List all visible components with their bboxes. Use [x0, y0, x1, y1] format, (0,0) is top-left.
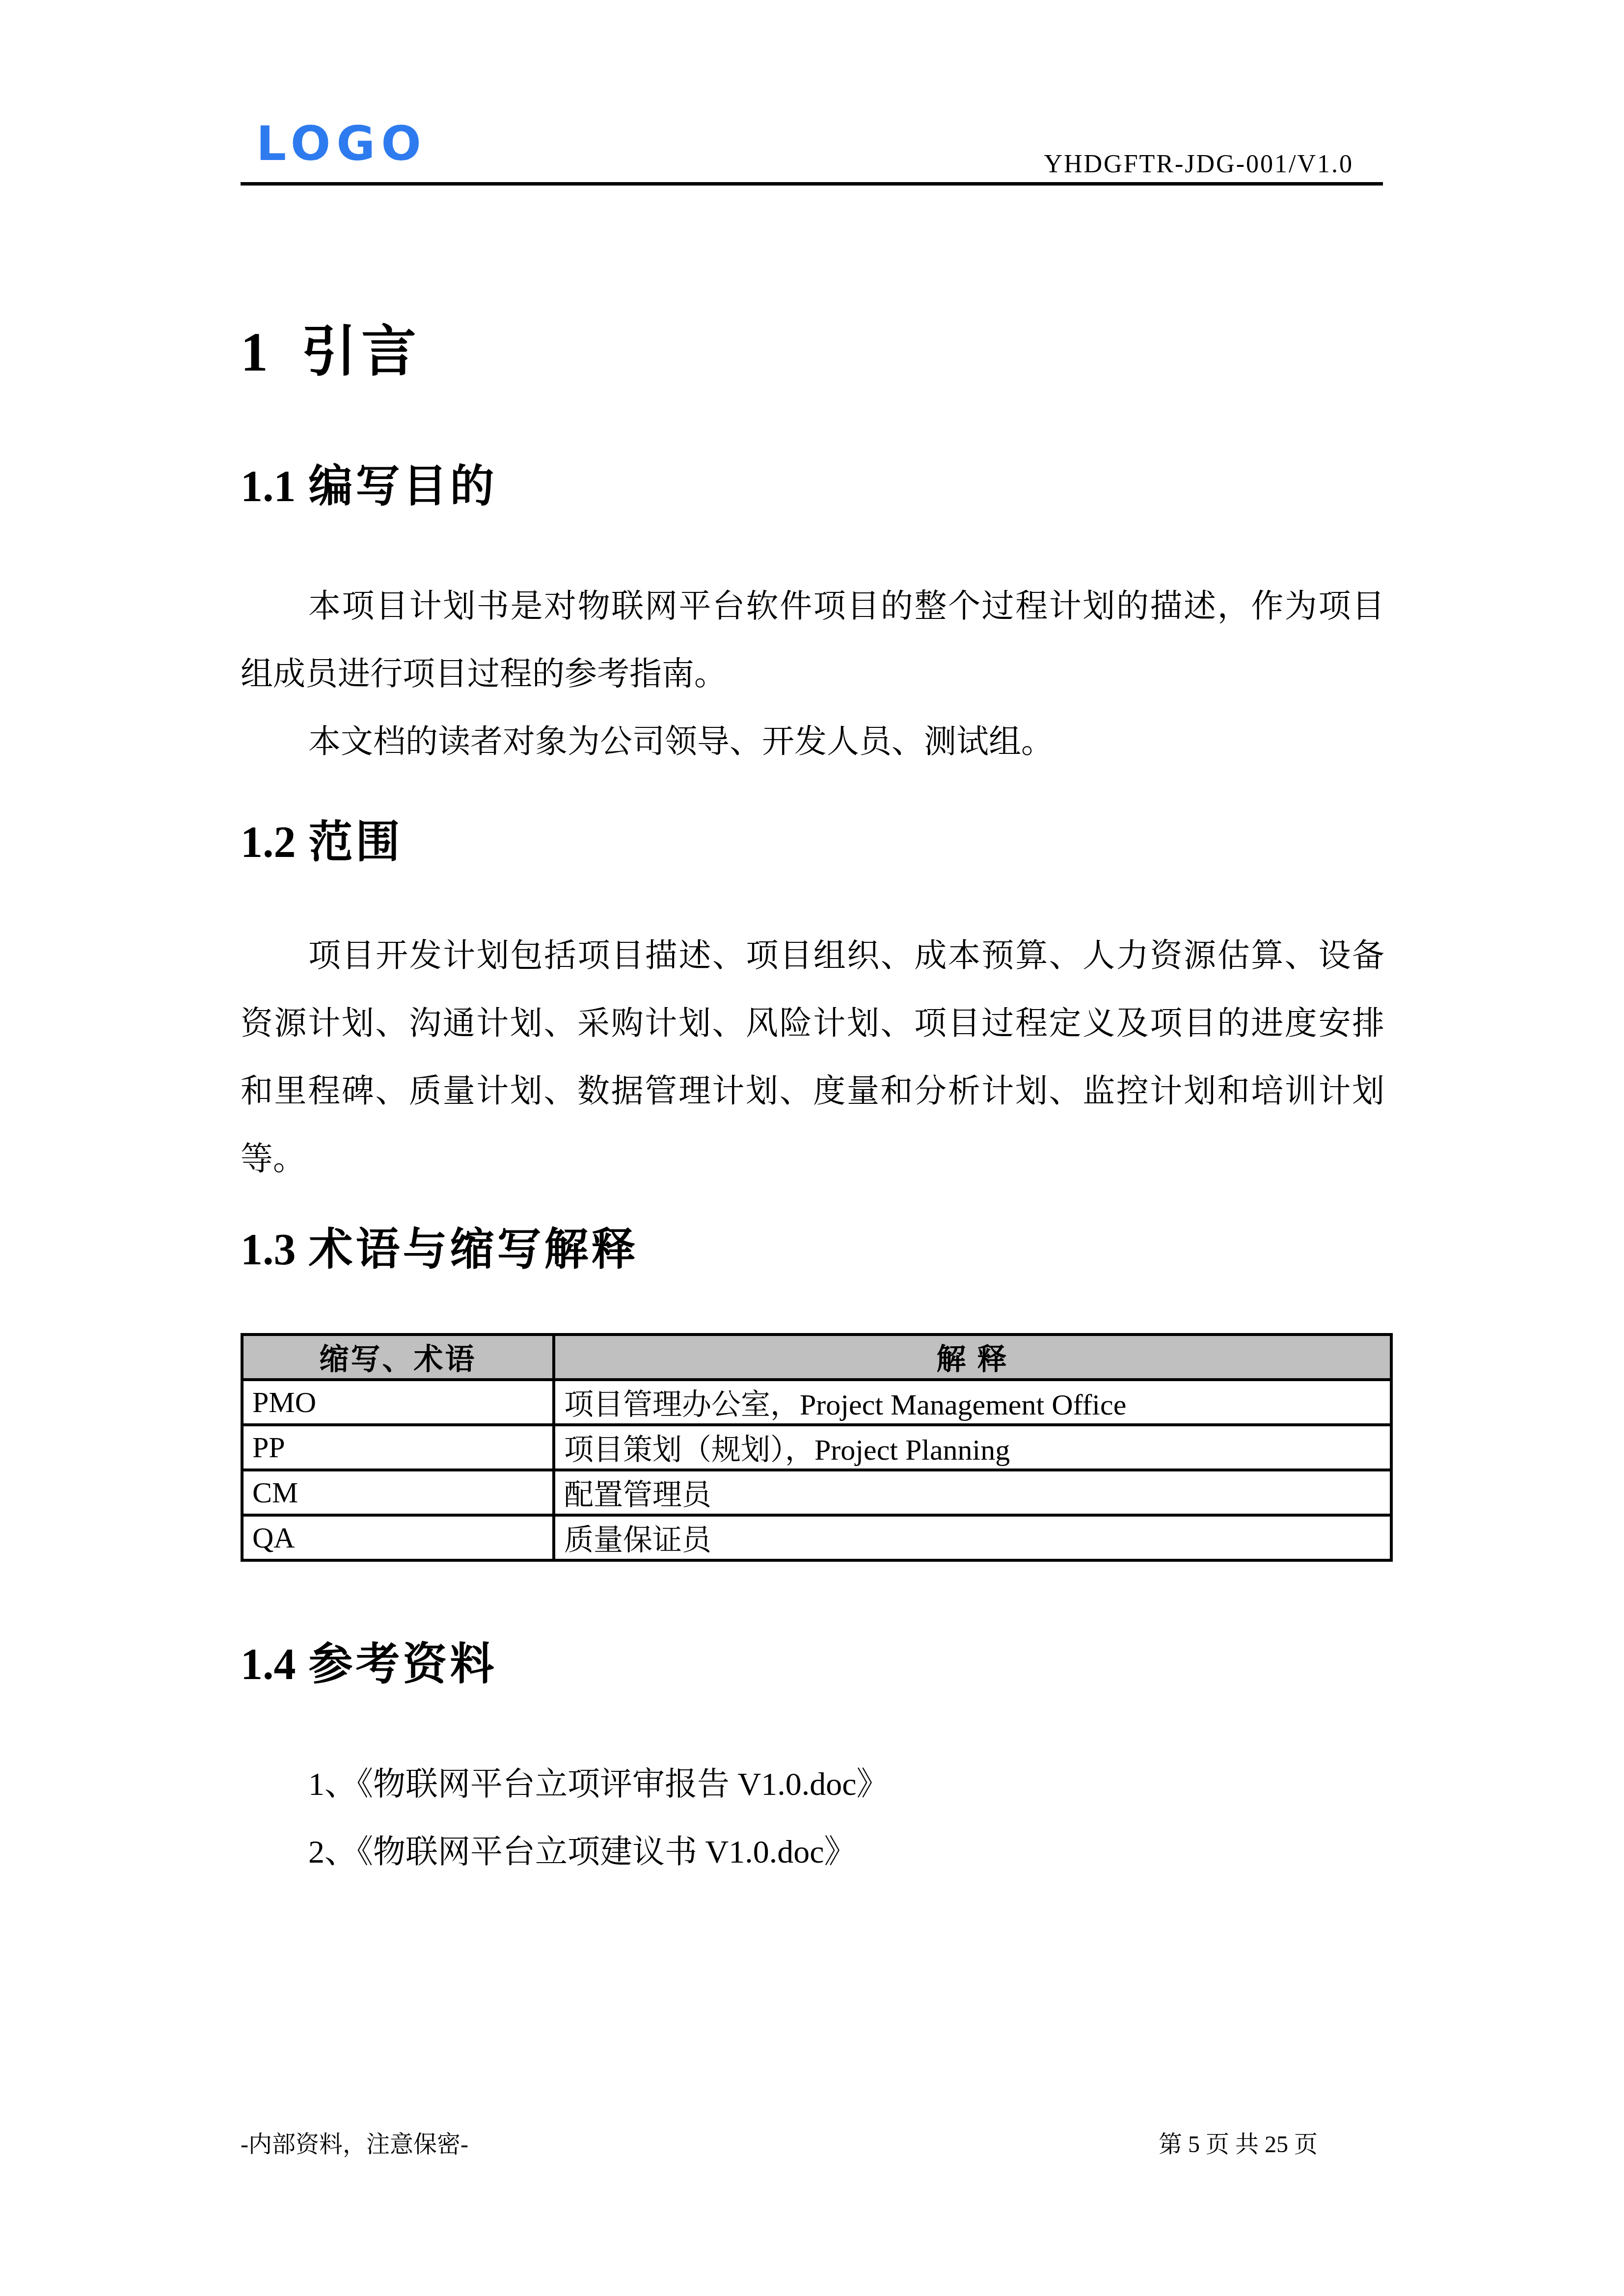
term-cell: QA — [242, 1515, 554, 1560]
reference-list: 1、《物联网平台立项评审报告 V1.0.doc》 2、《物联网平台立项建议书 V… — [241, 1751, 1384, 1886]
chapter-title: 引言 — [301, 320, 421, 384]
section-heading-1-4: 1.4参考资料 — [241, 1638, 497, 1691]
explanation-cell: 项目管理办公室，Project Management Office — [554, 1380, 1391, 1425]
body-line: 和里程碑、质量计划、数据管理计划、度量和分析计划、监控计划和培训计划 — [241, 1058, 1384, 1125]
body-line: 资源计划、沟通计划、采购计划、风险计划、项目过程定义及项目的进度安排 — [241, 990, 1384, 1058]
table-row: PP 项目策划（规划），Project Planning — [242, 1425, 1391, 1470]
section-title: 编写目的 — [309, 460, 497, 512]
table-row: CM 配置管理员 — [242, 1470, 1391, 1515]
table-row: QA 质量保证员 — [242, 1515, 1391, 1560]
reference-item: 1、《物联网平台立项评审报告 V1.0.doc》 — [241, 1751, 1384, 1818]
confidentiality-note: -内部资料，注意保密- — [241, 2131, 468, 2159]
explanation-cell: 配置管理员 — [554, 1470, 1391, 1515]
section-number: 1.3 — [241, 1226, 296, 1274]
term-cell: CM — [242, 1470, 554, 1515]
section-title: 范围 — [309, 816, 403, 868]
term-cell: PMO — [242, 1380, 554, 1425]
section-heading-1-3: 1.3术语与缩写解释 — [241, 1224, 639, 1276]
chapter-heading: 1引言 — [241, 320, 421, 384]
term-cell: PP — [242, 1425, 554, 1470]
section-1-2-paragraphs: 项目开发计划包括项目描述、项目组织、成本预算、人力资源估算、设备 资源计划、沟通… — [241, 922, 1384, 1193]
document-number: YHDGFTR-JDG-001/V1.0 — [1044, 150, 1353, 179]
section-number: 1.4 — [241, 1640, 296, 1689]
terms-table-header-term: 缩写、术语 — [242, 1335, 554, 1380]
section-heading-1-1: 1.1编写目的 — [241, 460, 497, 513]
section-1-1-paragraphs: 本项目计划书是对物联网平台软件项目的整个过程计划的描述，作为项目 组成员进行项目… — [241, 573, 1384, 776]
explanation-cell: 项目策划（规划），Project Planning — [554, 1425, 1391, 1470]
table-row: PMO 项目管理办公室，Project Management Office — [242, 1380, 1391, 1425]
page-number: 第 5 页 共 25 页 — [1159, 2131, 1318, 2159]
terms-table-header-explanation: 解 释 — [554, 1335, 1391, 1380]
terms-table-header-row: 缩写、术语 解 释 — [242, 1335, 1391, 1380]
body-line: 等。 — [241, 1125, 1384, 1193]
section-number: 1.2 — [241, 818, 296, 867]
document-page: LOGO YHDGFTR-JDG-001/V1.0 1引言 1.1编写目的 本项… — [0, 0, 1624, 2296]
section-title: 参考资料 — [309, 1638, 497, 1690]
section-number: 1.1 — [241, 462, 296, 511]
section-heading-1-2: 1.2范围 — [241, 816, 403, 869]
body-line: 本文档的读者对象为公司领导、开发人员、测试组。 — [241, 708, 1384, 776]
chapter-number: 1 — [241, 322, 268, 383]
body-line: 项目开发计划包括项目描述、项目组织、成本预算、人力资源估算、设备 — [241, 922, 1384, 990]
header-divider — [241, 182, 1383, 186]
terms-table: 缩写、术语 解 释 PMO 项目管理办公室，Project Management… — [241, 1333, 1393, 1562]
reference-item: 2、《物联网平台立项建议书 V1.0.doc》 — [241, 1818, 1384, 1886]
body-line: 本项目计划书是对物联网平台软件项目的整个过程计划的描述，作为项目 — [241, 573, 1384, 641]
company-logo: LOGO — [256, 122, 427, 166]
section-title: 术语与缩写解释 — [309, 1224, 639, 1275]
body-line: 组成员进行项目过程的参考指南。 — [241, 641, 1384, 708]
explanation-cell: 质量保证员 — [554, 1515, 1391, 1560]
